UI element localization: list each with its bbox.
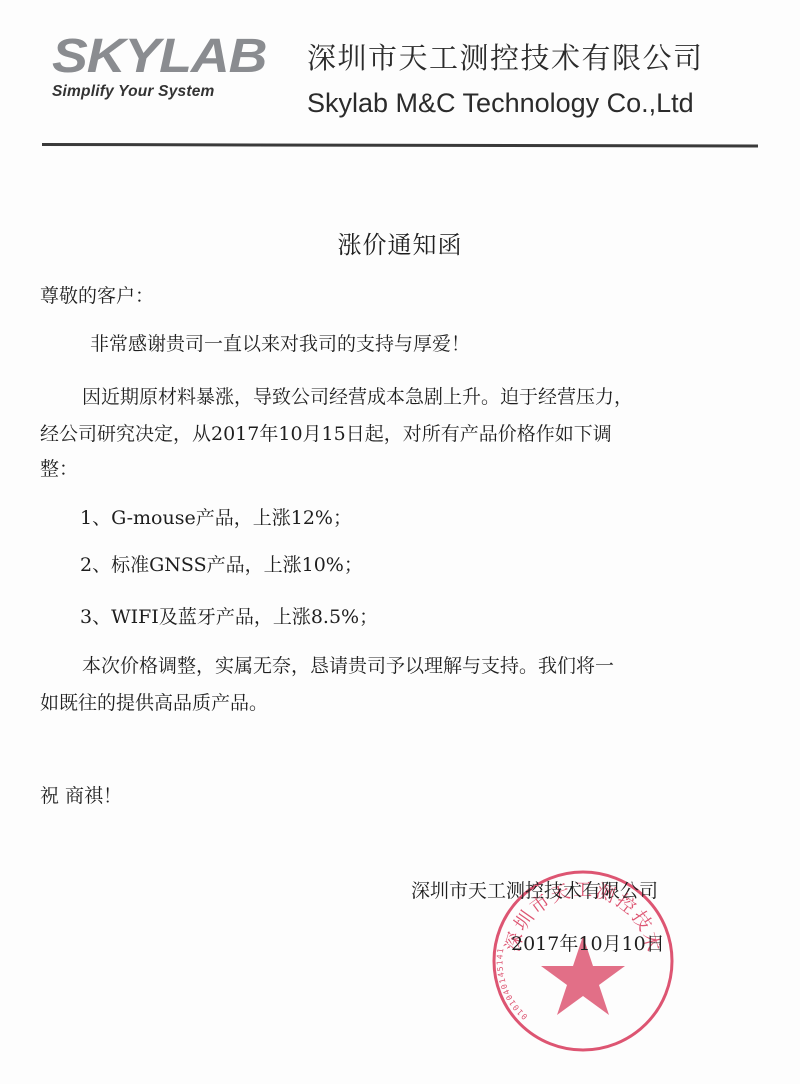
letter-page: SKYLAB Simplify Your System 深圳市天工测控技术有限公…	[0, 0, 800, 1084]
paragraph-2-line-2: 如既往的提供高品质产品。	[40, 687, 268, 719]
paragraph-1-line-2: 经公司研究决定，从2017年10月15日起，对所有产品价格作如下调	[40, 418, 612, 450]
item-separator: ，	[245, 554, 264, 576]
salutation: 尊敬的客户：	[40, 280, 154, 312]
price-item: 1、G-mouse产品，上涨12%；	[80, 502, 352, 534]
item-number: 1、	[80, 507, 111, 529]
item-separator: ，	[254, 606, 273, 628]
item-increase: 上涨8.5%；	[273, 606, 378, 628]
item-product: 标准GNSS产品	[111, 554, 245, 576]
item-increase: 上涨10%；	[264, 554, 363, 576]
item-product: WIFI及蓝牙产品	[111, 606, 254, 628]
thanks-line: 非常感谢贵司一直以来对我司的支持与厚爱！	[90, 328, 470, 360]
item-product: G-mouse产品	[111, 507, 234, 529]
paragraph-1-line-1: 因近期原材料暴涨，导致公司经营成本急剧上升。迫于经营压力，	[82, 381, 633, 413]
skylab-logo: SKYLAB Simplify Your System	[52, 33, 262, 101]
paragraph-2-line-1: 本次价格调整，实属无奈，恳请贵司予以理解与支持。我们将一	[82, 650, 614, 682]
item-number: 2、	[80, 554, 111, 576]
item-separator: ，	[234, 507, 253, 529]
item-number: 3、	[80, 606, 111, 628]
header-divider	[42, 143, 758, 147]
signature-company: 深圳市天工测控技术有限公司	[411, 875, 658, 907]
item-increase: 上涨12%；	[253, 507, 352, 529]
signature-date: 2017年10月10日	[511, 928, 665, 960]
price-item: 3、WIFI及蓝牙产品，上涨8.5%；	[80, 601, 378, 633]
logo-tagline: Simplify Your System	[52, 83, 262, 101]
price-item: 2、标准GNSS产品，上涨10%；	[80, 549, 363, 581]
company-name-chinese: 深圳市天工测控技术有限公司	[307, 36, 704, 77]
company-name-english: Skylab M&C Technology Co.,Ltd	[307, 88, 694, 119]
logo-wordmark: SKYLAB	[52, 33, 287, 81]
document-title: 涨价通知函	[0, 225, 800, 260]
closing-greeting: 祝 商祺！	[40, 780, 122, 812]
paragraph-1-line-3: 整：	[40, 453, 78, 485]
